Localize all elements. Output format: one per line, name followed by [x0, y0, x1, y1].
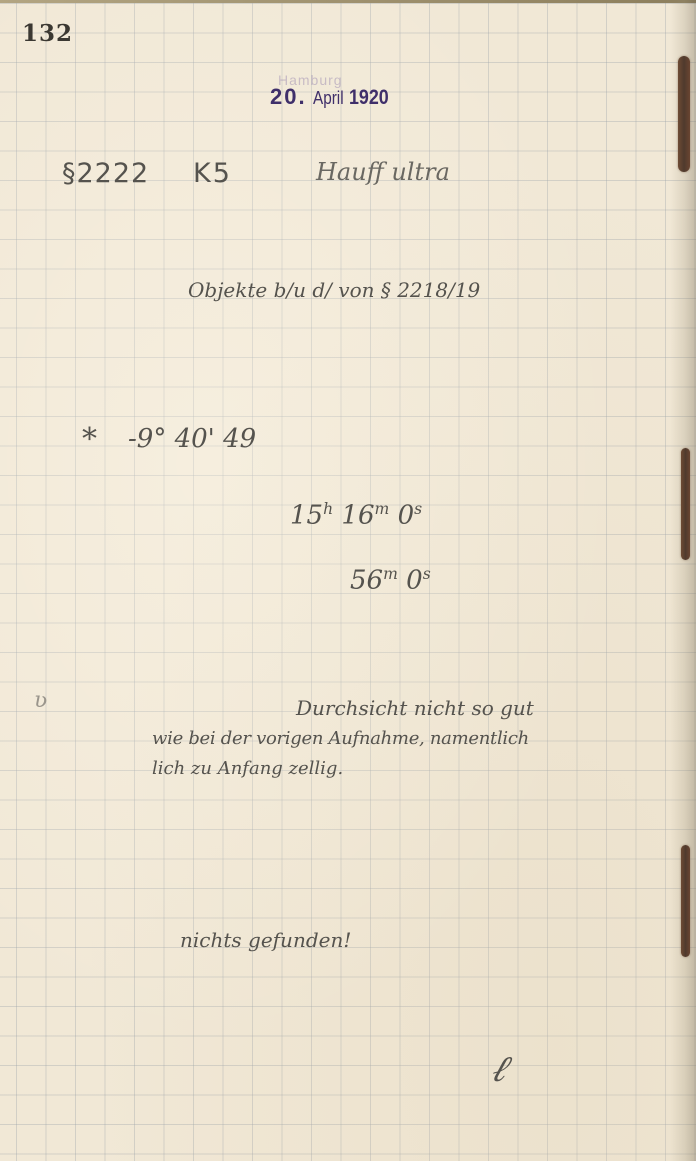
exposure-time: 56m 0s — [350, 565, 431, 596]
stamp-month: April — [313, 88, 344, 109]
remark-line-3: lich zu Anfang zellig. — [152, 758, 343, 779]
margin-mark: ʋ — [34, 688, 47, 713]
page-binding-shadow — [670, 0, 696, 1161]
object-line: Objekte b/u d/ von § 2218/19 — [188, 278, 480, 302]
filter-label: Hauff ultra — [316, 158, 450, 186]
exposure-minutes-unit: m — [383, 565, 398, 583]
ra-hours: 15 — [290, 501, 323, 531]
stamp-year: 1920 — [349, 86, 389, 110]
right-ascension: 15h 16m 0s — [290, 500, 422, 531]
notebook-page: 132 Hamburg 20. April 1920 §2222 K5 Hauf… — [0, 0, 696, 1161]
binding-stain-bottom — [681, 845, 690, 957]
remark-line-2: wie bei der vorigen Aufnahme, namentlich — [152, 728, 529, 749]
result-note: nichts gefunden! — [180, 928, 351, 952]
plate-code: K5 — [193, 158, 232, 189]
exposure-minutes: 56 — [350, 566, 383, 596]
ra-seconds-unit: s — [414, 500, 422, 518]
initials: ℓ — [486, 1048, 516, 1090]
date-stamp: 20. April 1920 — [270, 84, 395, 110]
plate-id: §2222 — [62, 158, 149, 189]
ra-minutes-unit: m — [375, 500, 390, 518]
ra-hours-unit: h — [323, 500, 333, 518]
page-number: 132 — [22, 20, 73, 47]
ra-seconds: 0 — [398, 501, 415, 531]
exposure-seconds: 0 — [406, 566, 423, 596]
stamp-day: 20. — [270, 84, 307, 110]
declination-marker: * — [82, 422, 97, 457]
remark-line-1: Durchsicht nicht so gut — [296, 696, 534, 720]
declination-value: -9° 40' 49 — [128, 424, 256, 454]
binding-stain-middle — [681, 448, 690, 560]
ra-minutes: 16 — [341, 501, 374, 531]
binding-stain-top — [678, 56, 690, 172]
exposure-seconds-unit: s — [423, 565, 431, 583]
page-top-edge — [0, 0, 696, 3]
